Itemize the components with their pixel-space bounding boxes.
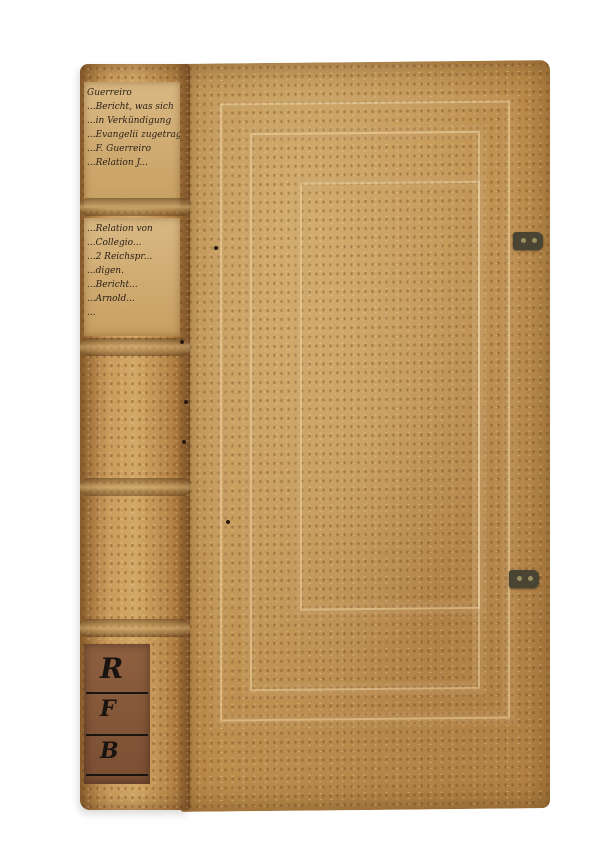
spine-label-middle: ...Relation von ...Collegio... ...2 Reic… [84, 218, 180, 336]
shelfmark-rule [86, 734, 148, 736]
spine-raised-band [80, 619, 190, 637]
spine-raised-band [80, 478, 190, 496]
label-line: ...Bericht, was sich [87, 100, 177, 114]
wormhole [214, 246, 218, 250]
shelfmark-letter: F [100, 696, 116, 722]
spine-raised-band [80, 338, 190, 356]
label-line: ...Evangelii zugetragen [87, 128, 177, 142]
label-line: ...in Verkündigung [87, 114, 177, 128]
label-line: ...Arnold... [87, 292, 177, 306]
spine-label-top: Guerreiro ...Bericht, was sich ...in Ver… [84, 82, 180, 208]
shelfmark-rule [86, 774, 148, 776]
wormhole [184, 400, 188, 404]
label-line: ...Bericht... [87, 278, 177, 292]
label-line: ...F. Guerreiro [87, 142, 177, 156]
shelfmark-letter: B [100, 738, 119, 764]
front-cover [180, 60, 550, 812]
label-line: ... [87, 306, 177, 320]
book-photo: Guerreiro ...Bericht, was sich ...in Ver… [0, 0, 608, 850]
wormhole [180, 340, 184, 344]
clasp-top-icon [513, 232, 543, 250]
spine-raised-band [80, 198, 190, 216]
shelfmark-label: R F B [84, 644, 150, 784]
label-line: ...digen. [87, 264, 177, 278]
label-line: ...2 Reichspr... [87, 250, 177, 264]
label-line: ...Relation von [87, 222, 177, 236]
spine: Guerreiro ...Bericht, was sich ...in Ver… [80, 64, 190, 810]
shelfmark-letter: R [100, 652, 123, 685]
blind-tooled-panel-inner [300, 181, 480, 611]
wormhole [226, 520, 230, 524]
shelfmark-rule [86, 692, 148, 694]
wormhole [182, 440, 186, 444]
label-line: ...Collegio... [87, 236, 177, 250]
label-line: Guerreiro [87, 86, 177, 100]
label-line: ...Relation J... [87, 156, 177, 170]
clasp-bottom-icon [509, 570, 539, 588]
